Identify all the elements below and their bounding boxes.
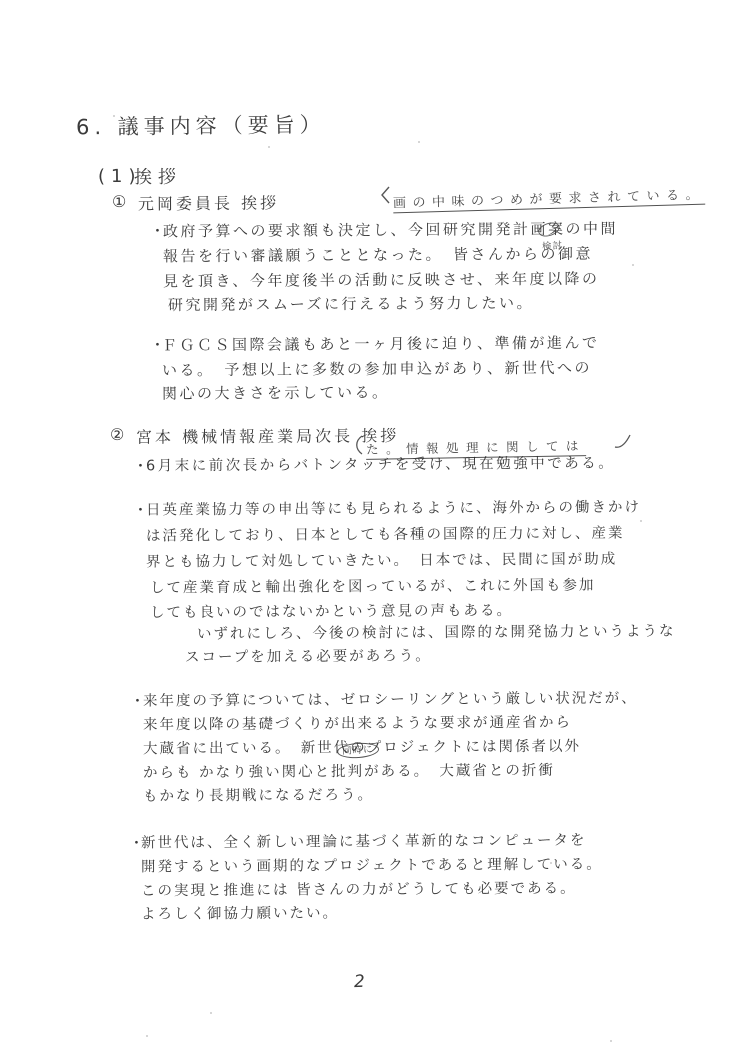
scan-speckle: [146, 1035, 148, 1037]
handwritten-line: 新世代は、全く新しい理論に基づく革新的なコンピュータを: [141, 829, 587, 853]
handwritten-line: 6月末に前次長からバトンタッチを受け、現在勉強中である。: [146, 452, 615, 476]
scan-speckle: [610, 1040, 612, 1042]
speaker1-marker: ①: [112, 192, 129, 211]
scanned-document-page: 6. 議事内容（要旨） (1) 挨拶 ① 元岡委員長 挨拶 画の中味のつめが要求…: [0, 0, 750, 1054]
scan-speckle: [550, 862, 552, 864]
section-heading: 挨拶: [134, 163, 182, 189]
handwritten-line: 報告を行い審議願うこととなった。 皆さんからの御意: [163, 243, 593, 267]
scan-speckle: [196, 435, 198, 437]
strikeout-correction-note: 検討: [542, 237, 564, 252]
scan-speckle: [418, 141, 420, 143]
handwritten-line: 関心の大きさを示している。: [162, 381, 390, 403]
page-number: 2: [354, 972, 366, 992]
scan-speckle: [640, 520, 642, 522]
interlinear-insertion-note: 同時に: [337, 741, 379, 758]
margin-note-1: 画の中味のつめが要求されている。: [393, 184, 705, 214]
handwritten-line: は活発化しており、日本としても各種の国際的圧力に対し、産業: [146, 522, 625, 546]
scan-speckle: [113, 115, 115, 117]
handwritten-line: からも かなり強い関心と批判がある。 大蔵省との折衝: [143, 759, 555, 783]
handwritten-line: スコープを加える必要があろう。: [185, 644, 432, 667]
scan-speckle: [268, 146, 270, 148]
handwritten-line: 見を頂き、今年度後半の活動に反映させ、来年度以降の: [163, 268, 600, 292]
scan-speckle: [632, 264, 634, 266]
handwritten-line: いる。 予想以上に多数の参加申込があり、新世代への: [162, 357, 592, 381]
handwritten-line: よろしく御協力願いたい。: [141, 901, 339, 923]
speaker2-marker: ②: [110, 425, 127, 444]
handwritten-line: して産業育成と輸出強化を図っているが、これに外国も参加: [150, 574, 596, 598]
handwritten-line: 来年度の予算については、ゼロシーリングという厳しい状況だが、: [143, 686, 638, 710]
handwritten-line: この実現と推進には 皆さんの力がどうしても必要である。: [141, 877, 577, 901]
handwritten-line: しても良いのではないかという意見の声もある。: [150, 599, 513, 622]
insertion-caret-icon: [379, 186, 391, 204]
handwritten-line: 界とも協力して対処していきたい。 日本では、民間に国が助成: [146, 548, 617, 572]
handwritten-line: 来年度以降の基礎づくりが出来るような要求が通産省から: [143, 711, 572, 735]
handwritten-line: ＦＧＣＳ国際会議もあと一ヶ月後に迫り、準備が進んで: [162, 332, 600, 356]
handwritten-line: 開発するという画期的なプロジェクトであると理解している。: [141, 853, 603, 877]
close-hook-mark: [614, 432, 632, 450]
handwritten-line: 日英産業協力等の申出等にも見られるように、海外からの働きかけ: [146, 495, 641, 519]
scan-speckle: [210, 1012, 212, 1014]
handwritten-line: いずれにしろ、今後の検討には、国際的な開発協力というような: [197, 620, 676, 644]
handwritten-line: もかなり長期戦になるだろう。: [143, 783, 374, 805]
open-paren-mark: [352, 435, 364, 455]
page-title: 6. 議事内容（要旨）: [76, 109, 326, 142]
speaker1-heading: 元岡委員長 挨拶: [138, 191, 279, 215]
handwritten-line: 研究開発がスムーズに行えるよう努力したい。: [168, 292, 534, 315]
